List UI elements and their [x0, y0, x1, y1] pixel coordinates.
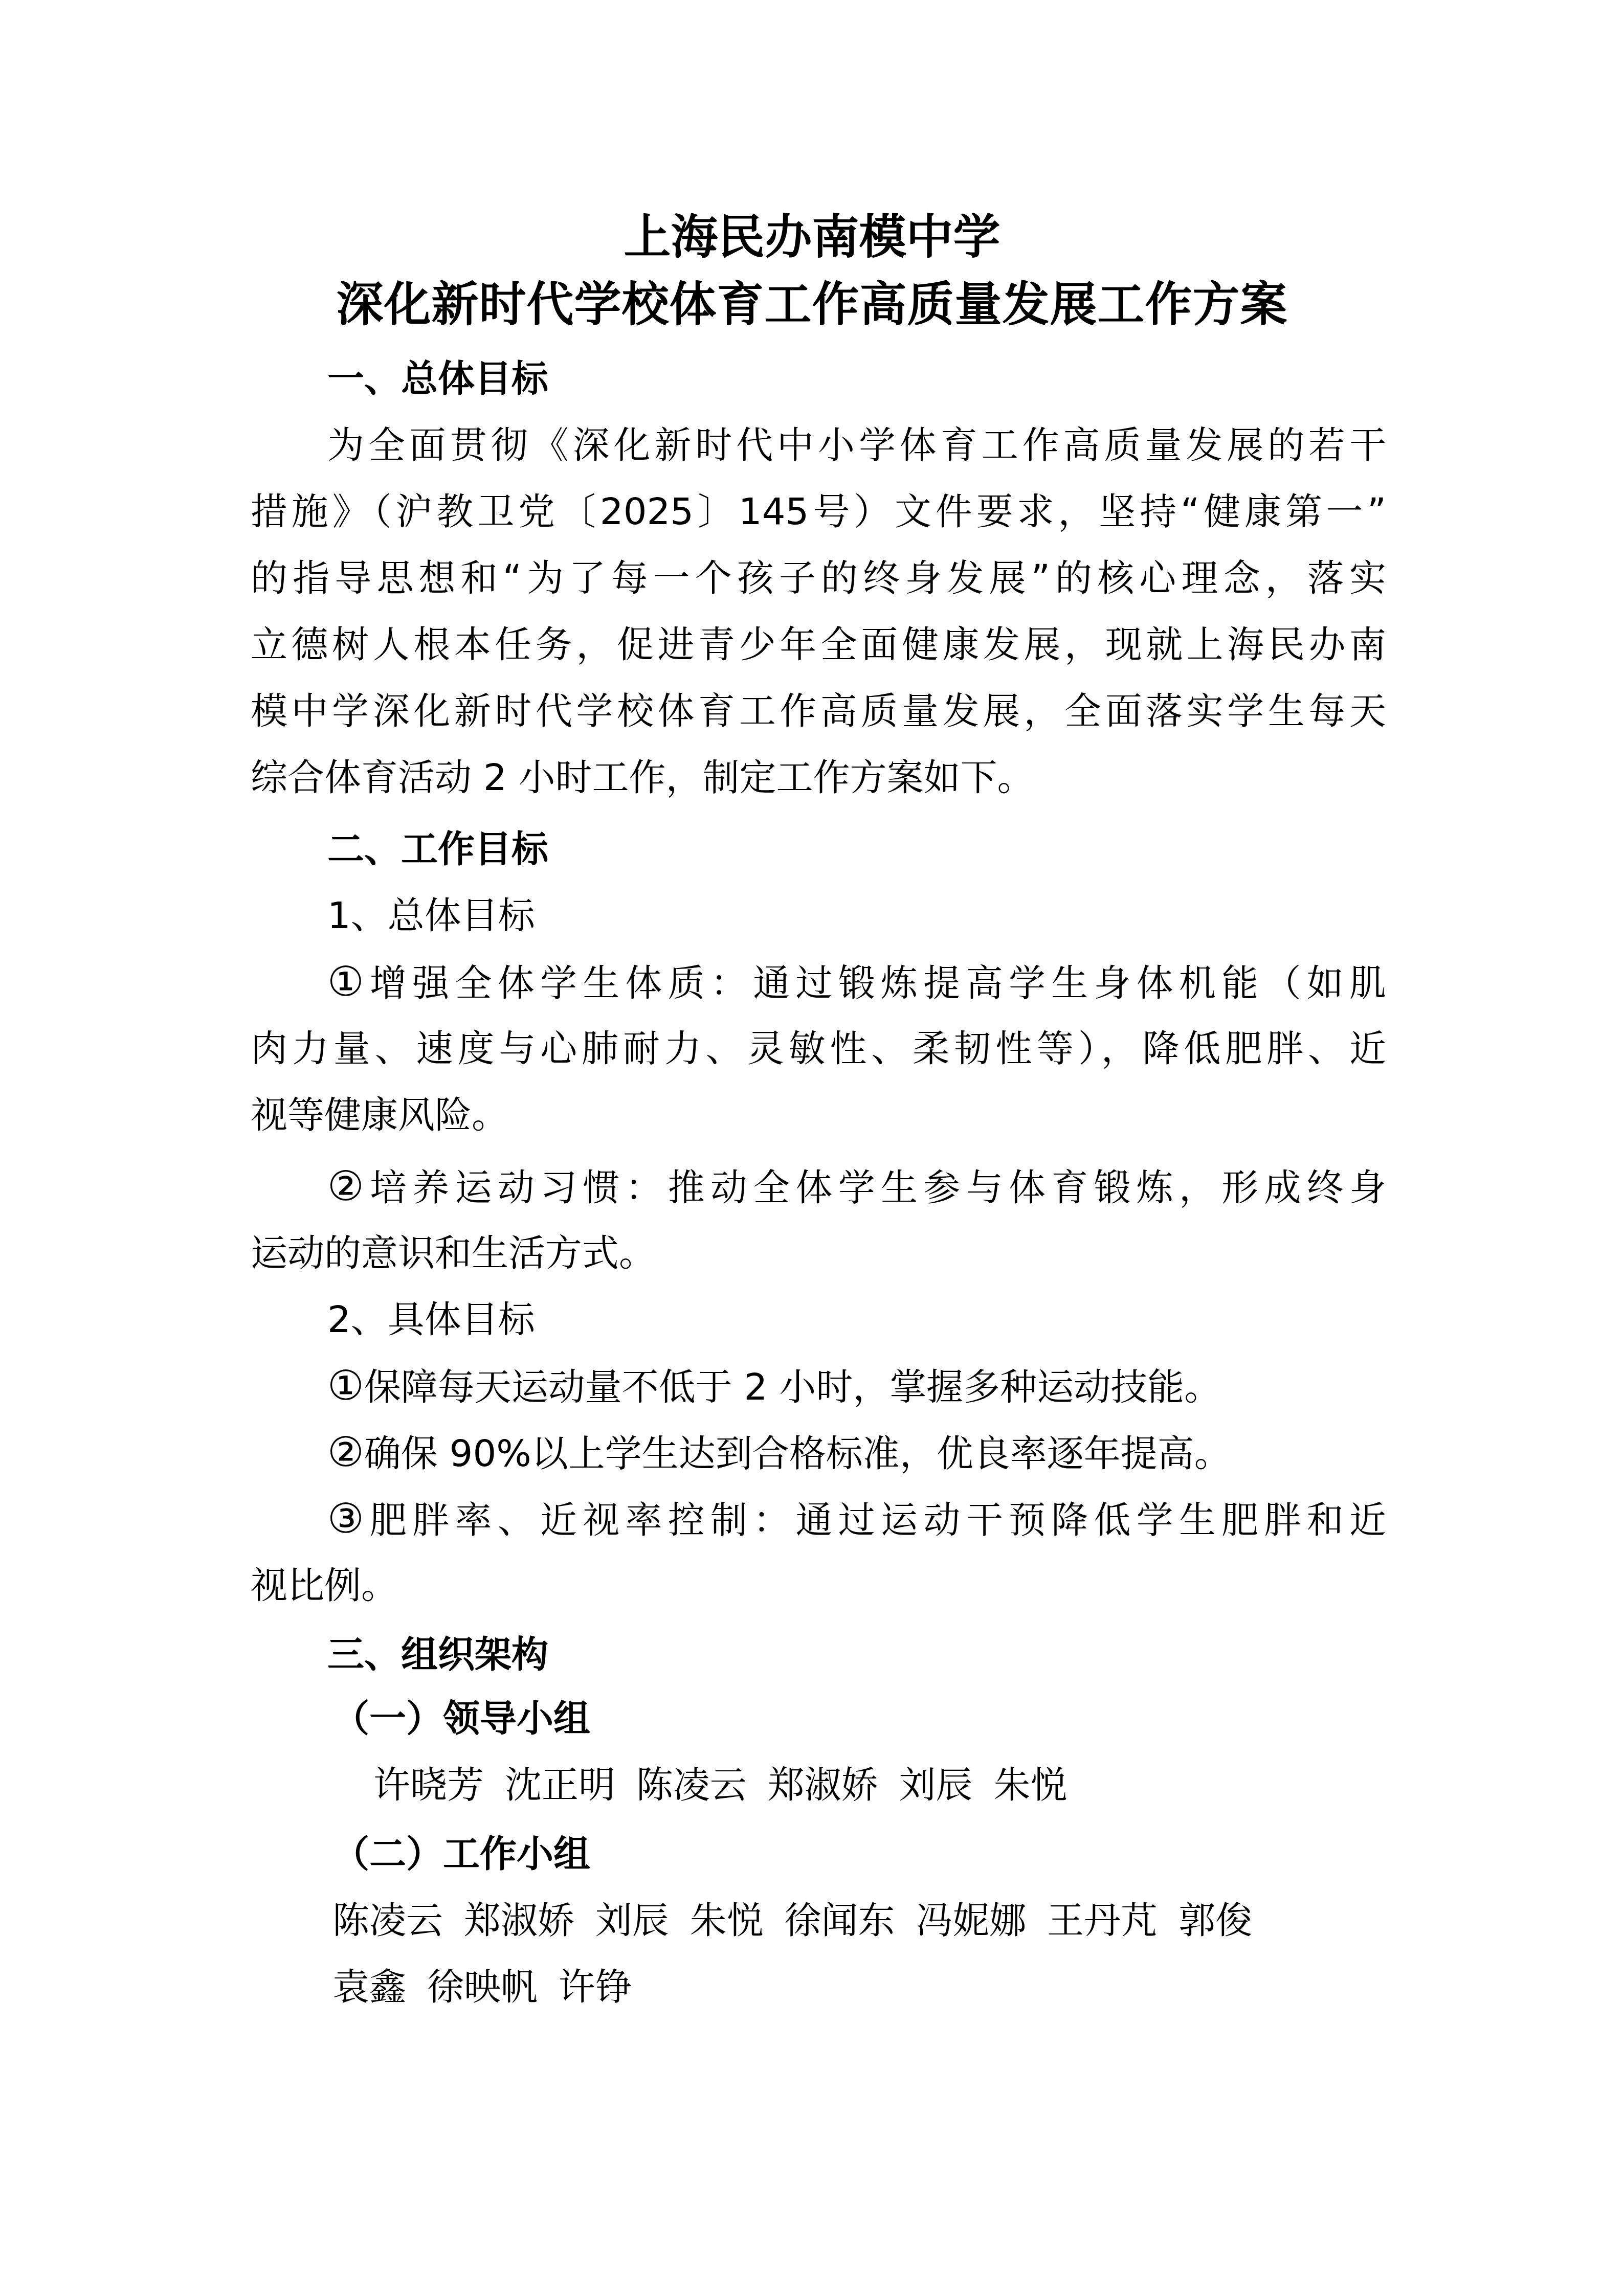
document-title-plan: 深化新时代学校体育工作高质量发展工作方案: [0, 276, 1624, 332]
goal-item-line: ②培养运动习惯：推动全体学生参与体育锻炼，形成终身: [327, 1161, 1386, 1213]
working-group-members: 陈凌云 郑淑娇 刘辰 朱悦 徐闻东 冯妮娜 王丹芃 郭俊: [332, 1895, 1252, 1946]
circled-number-1-icon: ①: [327, 956, 364, 1007]
section2-heading: 二、工作目标: [327, 823, 548, 874]
goal-item-line: ①增强全体学生体质：通过锻炼提高学生身体机能（如肌: [327, 956, 1386, 1008]
specific-goal-line: ③肥胖率、近视率控制：通过运动干预降低学生肥胖和近: [327, 1493, 1386, 1545]
working-group-heading: （二）工作小组: [332, 1828, 590, 1879]
circled-number-2-icon: ②: [327, 1161, 364, 1212]
circled-number-1-icon: ①: [327, 1360, 364, 1411]
specific-goal-line: ②确保 90%以上学生达到合格标准，优良率逐年提高。: [327, 1427, 1386, 1479]
leadership-group-heading: （一）领导小组: [332, 1693, 590, 1744]
goal-item-line: 运动的意识和生活方式。: [251, 1227, 1386, 1278]
leadership-group-members: 许晓芳 沈正明 陈凌云 郑淑娇 刘辰 朱悦: [373, 1759, 1067, 1810]
section1-paragraph-line: 综合体育活动 2 小时工作，制定工作方案如下。: [251, 752, 1386, 803]
working-group-members: 袁鑫 徐映帆 许铮: [332, 1961, 632, 2012]
goal-item-line: 肉力量、速度与心肺耐力、灵敏性、柔韧性等），降低肥胖、近: [251, 1023, 1386, 1074]
specific-goal-line: ①保障每天运动量不低于 2 小时，掌握多种运动技能。: [327, 1360, 1386, 1412]
specific-goal-line: 视比例。: [251, 1560, 1386, 1611]
goal-item-line: 视等健康风险。: [251, 1089, 1386, 1140]
document-page: 上海民办南模中学 深化新时代学校体育工作高质量发展工作方案 一、总体目标 为全面…: [0, 0, 1624, 2296]
section2-sub1-heading: 1、总体目标: [327, 890, 535, 941]
circled-number-2-icon: ②: [327, 1427, 364, 1478]
section1-paragraph-line: 立德树人根本任务，促进青少年全面健康发展，现就上海民办南: [251, 619, 1386, 670]
circled-number-3-icon: ③: [327, 1493, 364, 1544]
section1-paragraph-line: 模中学深化新时代学校体育工作高质量发展，全面落实学生每天: [251, 685, 1386, 736]
document-title-school: 上海民办南模中学: [0, 209, 1624, 265]
section1-paragraph-line: 的指导思想和“为了每一个孩子的终身发展”的核心理念，落实: [251, 552, 1386, 603]
section1-paragraph-line: 为全面贯彻《深化新时代中小学体育工作高质量发展的若干: [327, 419, 1386, 470]
section2-sub2-heading: 2、具体目标: [327, 1294, 535, 1345]
section1-paragraph-line: 措施》（沪教卫党〔2025〕145号）文件要求，坚持“健康第一”: [251, 486, 1386, 537]
section1-heading: 一、总体目标: [327, 353, 548, 404]
section3-heading: 三、组织架构: [327, 1629, 548, 1680]
